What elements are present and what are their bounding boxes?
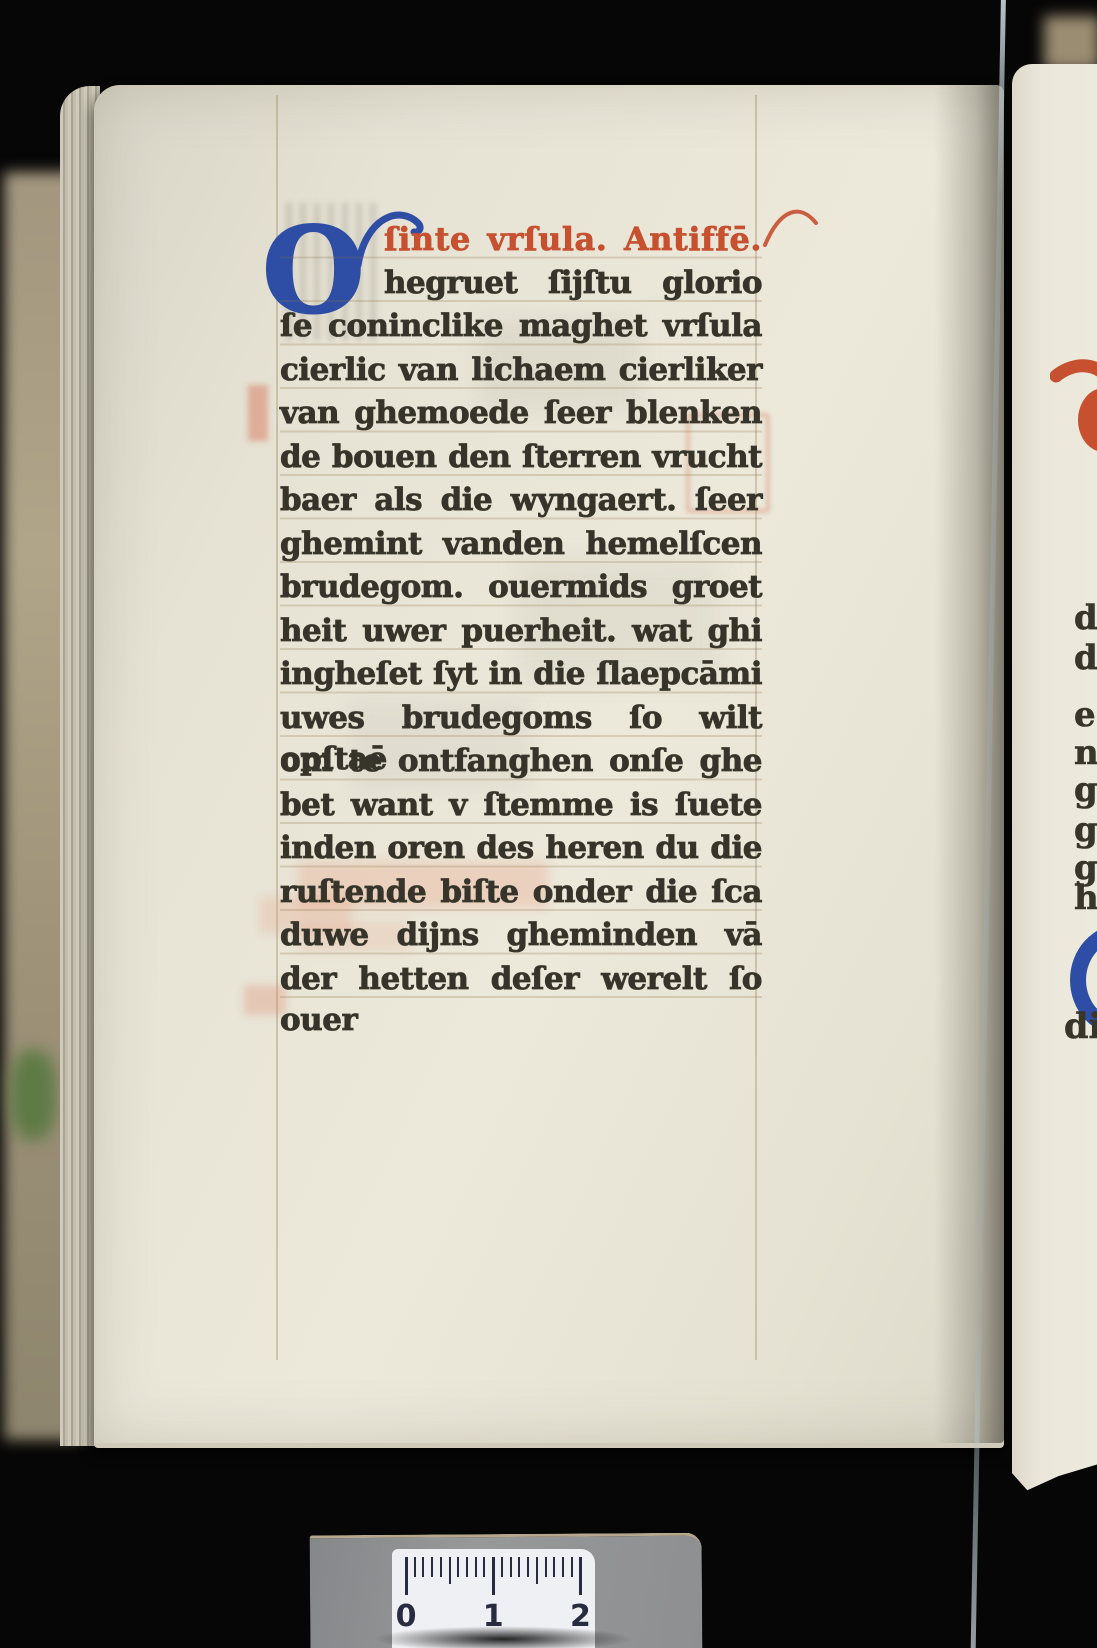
ruler-tick	[466, 1557, 468, 1577]
manuscript-text-line: ſe coninclike maghet vrſula	[280, 306, 762, 350]
manuscript-text-line: duwe dijns gheminden vā	[280, 915, 762, 959]
ruler-tick	[579, 1557, 582, 1595]
ruler-tick	[553, 1557, 555, 1577]
ruler-tick	[483, 1557, 485, 1577]
ruler-tick	[422, 1557, 424, 1577]
manuscript-text-line: de bouen den ſterren vrucht	[280, 437, 762, 481]
manuscript-text-line: bet want v ſtemme is ſuete	[280, 785, 762, 829]
letter-fragment: h	[1074, 878, 1097, 918]
ruler-tick	[501, 1557, 503, 1577]
manuscript-page: O ſinte vrſula. Antiffē. hegruet ſijſtu …	[94, 85, 1004, 1448]
green-bookmark	[10, 1050, 56, 1140]
ruler-tick	[457, 1557, 459, 1577]
cast-shadow	[372, 1626, 634, 1648]
red-margin-mark	[248, 385, 268, 441]
ruler-tick	[545, 1557, 547, 1577]
ruler-tick	[475, 1557, 477, 1577]
manuscript-text-line: van ghemoede ſeer blenken	[280, 393, 762, 437]
ruler-tick	[414, 1557, 416, 1577]
letter-fragment: n	[1074, 733, 1097, 773]
letter-fragment: e	[1074, 695, 1096, 735]
ruler-tick	[510, 1557, 512, 1577]
ruler-tick	[571, 1557, 573, 1577]
manuscript-text-line: ingheſet ſyt in die ſlaepcāmi	[280, 654, 762, 698]
red-squiggle-icon	[760, 197, 822, 259]
partial-word: di	[1064, 1006, 1097, 1047]
manuscript-text-line: om te ontfanghen onſe ghe	[280, 741, 762, 785]
letter-fragment: d	[1074, 638, 1097, 678]
ruler-tick	[449, 1557, 451, 1584]
next-page-sliver: ddengggh di	[1012, 64, 1097, 1496]
red-pen-trial-mark	[760, 197, 822, 263]
rubric-heading: ſinte vrſula. Antiffē.	[384, 219, 762, 263]
body-text: hegruet ſijſtu glorioſe coninclike maghe…	[280, 263, 762, 1003]
manuscript-text-line: heit uwer puerheit. wat ghi	[280, 611, 762, 655]
ruler-tick	[405, 1557, 408, 1595]
manuscript-text-line: inden oren des heren du die	[280, 828, 762, 872]
manuscript-text-line: ruſtende biſte onder die ſca	[280, 872, 762, 916]
ruler-tick	[492, 1557, 495, 1595]
binding-blur	[1044, 16, 1097, 70]
ruler-tick	[518, 1557, 520, 1577]
manuscript-text-line: baer als die wyngaert. ſeer	[280, 480, 762, 524]
manuscript-text-line: hegruet ſijſtu glorio	[384, 263, 762, 307]
manuscript-text-line: cierlic van lichaem cierliker	[280, 350, 762, 394]
manuscript-photo: O ſinte vrſula. Antiffē. hegruet ſijſtu …	[0, 0, 1097, 1648]
ruler-tick	[440, 1557, 442, 1577]
ruler-tick	[431, 1557, 433, 1577]
letter-fragment: d	[1074, 598, 1097, 638]
gutter-shadow	[934, 85, 1004, 1443]
ruler-tick	[562, 1557, 564, 1577]
manuscript-text-line: der hetten deſer werelt ſo ouer	[280, 959, 762, 1003]
manuscript-text-line: brudegom. ouermids groet	[280, 567, 762, 611]
ruler-tick	[527, 1557, 529, 1577]
manuscript-text-line: uwes brudegoms ſo wilt opſtaē	[280, 698, 762, 742]
letter-fragment: g	[1074, 770, 1097, 810]
ruler-tick	[536, 1557, 538, 1584]
red-initial-fragment	[1050, 356, 1097, 456]
letter-fragment: g	[1074, 810, 1097, 850]
text-column: ſinte vrſula. Antiffē. hegruet ſijſtu gl…	[280, 215, 762, 1002]
manuscript-text-line: ghemint vanden hemelſcen	[280, 524, 762, 568]
